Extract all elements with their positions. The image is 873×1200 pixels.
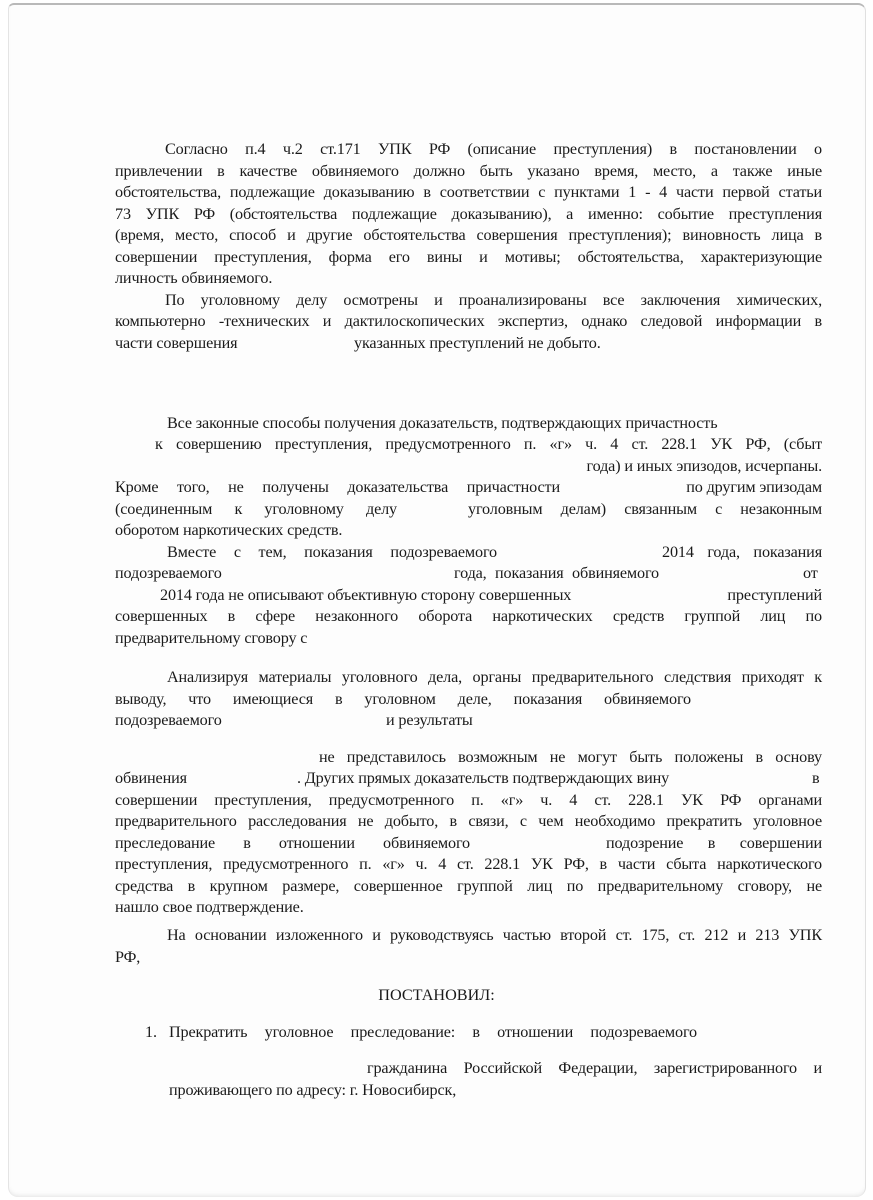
text-line: . Других прямых доказательств подтвержда… <box>297 768 669 788</box>
text-line: На основании изложенного и руководствуяс… <box>167 925 822 945</box>
text-line: совершении преступления, форма его вины … <box>115 247 822 267</box>
resolution-heading: ПОСТАНОВИЛ: <box>0 986 873 1005</box>
text-line: уголовным делам) связанным с незаконным <box>468 499 822 519</box>
text-line: подозреваемого <box>115 563 222 583</box>
text-line: Прекратить уголовное преследование: в от… <box>169 1022 697 1042</box>
text-line: компьютерно -технических и дактилоскопич… <box>115 311 822 331</box>
text-line: 2014 года, показания <box>662 542 822 562</box>
text-line: 2014 года не описывают объективную сторо… <box>160 585 571 605</box>
text-line: подозреваемого <box>115 710 222 730</box>
text-line: не представилось возможным не могут быть… <box>319 747 822 767</box>
text-line: преступлений <box>720 585 822 605</box>
text-line: нашло свое подтверждение. <box>115 897 304 917</box>
text-line: Согласно п.4 ч.2 ст.171 УПК РФ (описание… <box>165 139 822 159</box>
text-line: По уголовному делу осмотрены и проанализ… <box>165 290 822 310</box>
text-line: совершении преступления, предусмотренног… <box>115 790 822 810</box>
text-line: (соединенным к уголовному делу <box>115 499 397 519</box>
text-line: к совершению преступления, предусмотренн… <box>155 434 822 454</box>
text-line: указанных преступлений не добыто. <box>354 333 601 353</box>
text-line: в <box>812 768 820 788</box>
text-line: 73 УПК РФ (обстоятельства подлежащие док… <box>115 204 822 224</box>
text-line: и результаты <box>386 710 473 730</box>
text-line: средства в крупном размере, совершенное … <box>115 876 822 896</box>
text-line: Все законные способы получения доказател… <box>167 413 717 433</box>
text-line: Вместе с тем, показания подозреваемого <box>167 542 497 562</box>
text-line: оборотом наркотических средств. <box>115 520 342 540</box>
text-line: гражданина Российской Федерации, зарегис… <box>367 1058 822 1078</box>
text-line: части совершения <box>115 333 237 353</box>
item-number: 1. <box>145 1022 157 1042</box>
text-line: от <box>803 563 818 583</box>
text-line: Кроме того, не получены доказательства п… <box>115 477 560 497</box>
text-line: обстоятельства, подлежащие доказыванию в… <box>115 182 822 202</box>
text-line: Анализируя материалы уголовного дела, ор… <box>167 667 822 687</box>
text-line: привлечении в качестве обвиняемого должн… <box>115 161 822 181</box>
text-line: предварительного расследования не добыто… <box>115 811 822 831</box>
text-line: личность обвиняемого. <box>115 268 822 288</box>
text-line: предварительному сговору с <box>115 628 307 648</box>
text-line: совершенных в сфере незаконного оборота … <box>115 606 822 626</box>
text-line: преследование в отношении обвиняемого <box>115 833 470 853</box>
text-line: проживающего по адресу: г. Новосибирск, <box>169 1080 456 1100</box>
text-line: обвинения <box>115 768 187 788</box>
text-line: подозрение в совершении <box>606 833 822 853</box>
text-line: преступления, предусмотренного п. «г» ч.… <box>115 854 822 874</box>
text-line: выводу, что имеющиеся в уголовном деле, … <box>115 689 691 709</box>
text-line: года) и иных эпизодов, исчерпаны. <box>565 456 822 476</box>
text-line: (время, место, способ и другие обстоятел… <box>115 225 822 245</box>
text-line: РФ, <box>115 947 140 967</box>
text-line: года, показания обвиняемого <box>454 563 659 583</box>
text-line: по другим эпизодам <box>662 477 822 497</box>
